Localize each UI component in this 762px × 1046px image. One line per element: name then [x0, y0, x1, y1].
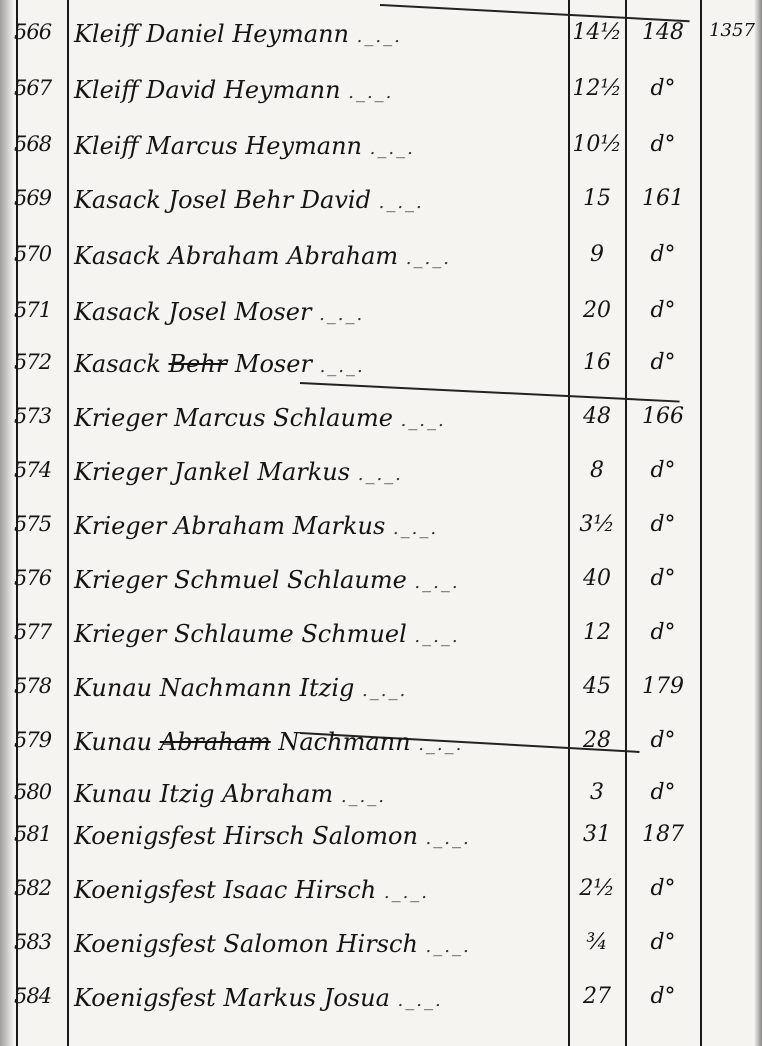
register-entry: 571 Kasack Josel Moser ._._. 20 d°	[0, 298, 762, 346]
entry-age: 10½	[572, 132, 622, 157]
entry-given-names: Abraham Nachmann	[160, 728, 411, 756]
entry-house-number: 161	[630, 186, 696, 211]
entry-age: 9	[572, 242, 622, 267]
entry-filler: ._._.	[384, 882, 429, 903]
register-entry: 580 Kunau Itzig Abraham ._._. 3 d°	[0, 780, 762, 828]
register-entry: 584 Koenigsfest Markus Josua ._._. 27 d°	[0, 984, 762, 1032]
entry-name: Krieger Marcus Schlaume ._._.	[74, 404, 564, 432]
register-entry: 574 Krieger Jankel Markus ._._. 8 d°	[0, 458, 762, 506]
entry-age: 3	[572, 780, 622, 805]
entry-given-names: Itzig Abraham	[160, 780, 333, 808]
entry-number: 578	[14, 674, 66, 698]
entry-house-number: d°	[630, 76, 696, 101]
entry-filler: ._._.	[320, 356, 365, 377]
entry-filler: ._._.	[418, 734, 463, 755]
register-entry: 576 Krieger Schmuel Schlaume ._._. 40 d°	[0, 566, 762, 614]
entry-surname: Koenigsfest	[74, 822, 216, 850]
entry-number: 574	[14, 458, 66, 482]
entry-name: Koenigsfest Markus Josua ._._.	[74, 984, 564, 1012]
entry-surname: Kasack	[74, 242, 161, 270]
register-entry: 583 Koenigsfest Salomon Hirsch ._._. ¾ d…	[0, 930, 762, 978]
register-entry: 566 Kleiff Daniel Heymann ._._. 14½ 148 …	[0, 20, 762, 68]
register-entry: 577 Krieger Schlaume Schmuel ._._. 12 d°	[0, 620, 762, 668]
register-entry: 579 Kunau Abraham Nachmann ._._. 28 d°	[0, 728, 762, 776]
entry-name: Krieger Abraham Markus ._._.	[74, 512, 564, 540]
entry-surname: Koenigsfest	[74, 876, 216, 904]
entry-house-number: 148	[630, 20, 696, 45]
entry-given-names: Abraham Markus	[174, 512, 385, 540]
register-entry: 570 Kasack Abraham Abraham ._._. 9 d°	[0, 242, 762, 290]
entry-age: 16	[572, 350, 622, 375]
entry-given-names: Josel Behr David	[169, 186, 371, 214]
entry-filler: ._._.	[398, 990, 443, 1011]
entry-number: 571	[14, 298, 66, 322]
entry-house-number: d°	[630, 458, 696, 483]
entry-filler: ._._.	[379, 192, 424, 213]
entry-filler: ._._.	[341, 786, 386, 807]
entry-given-names: Isaac Hirsch	[223, 876, 376, 904]
entry-house-number: d°	[630, 566, 696, 591]
entry-house-number: d°	[630, 930, 696, 955]
entry-name: Kasack Josel Behr David ._._.	[74, 186, 564, 214]
entry-age: 31	[572, 822, 622, 847]
entry-number: 583	[14, 930, 66, 954]
entry-name: Koenigsfest Salomon Hirsch ._._.	[74, 930, 564, 958]
entry-number: 568	[14, 132, 66, 156]
entry-house-number: d°	[630, 780, 696, 805]
entry-name: Kasack Josel Moser ._._.	[74, 298, 564, 326]
entry-filler: ._._.	[348, 82, 393, 103]
entry-name: Kleiff David Heymann ._._.	[74, 76, 564, 104]
entry-age: 14½	[572, 20, 622, 45]
entry-name: Krieger Schmuel Schlaume ._._.	[74, 566, 564, 594]
entry-age: 2½	[572, 876, 622, 901]
entry-surname: Koenigsfest	[74, 930, 216, 958]
entry-given-names: Behr Moser	[169, 350, 312, 378]
entry-surname: Kleiff	[74, 132, 139, 160]
entry-surname: Kleiff	[74, 76, 139, 104]
entry-number: 581	[14, 822, 66, 846]
entry-filler: ._._.	[370, 138, 415, 159]
entry-given-names: Nachmann Itzig	[160, 674, 355, 702]
entry-name: Kleiff Marcus Heymann ._._.	[74, 132, 564, 160]
entry-house-number: 187	[630, 822, 696, 847]
entry-given-names: Markus Josua	[223, 984, 389, 1012]
entry-given-names: Marcus Heymann	[146, 132, 362, 160]
entry-number: 580	[14, 780, 66, 804]
entry-house-number: d°	[630, 512, 696, 537]
entry-age: ¾	[572, 930, 622, 955]
entry-house-number: d°	[630, 876, 696, 901]
entry-surname: Kunau	[74, 780, 152, 808]
entry-filler: ._._.	[406, 248, 451, 269]
entry-surname: Kasack	[74, 186, 161, 214]
entry-age: 48	[572, 404, 622, 429]
register-entry: 567 Kleiff David Heymann ._._. 12½ d°	[0, 76, 762, 124]
entry-given-names: Daniel Heymann	[146, 20, 349, 48]
entry-number: 569	[14, 186, 66, 210]
entry-extra: 1357	[704, 20, 760, 41]
entry-filler: ._._.	[358, 464, 403, 485]
entry-name: Kleiff Daniel Heymann ._._.	[74, 20, 564, 48]
entry-surname: Krieger	[74, 566, 166, 594]
register-entry: 581 Koenigsfest Hirsch Salomon ._._. 31 …	[0, 822, 762, 870]
entry-house-number: d°	[630, 620, 696, 645]
entry-age: 28	[572, 728, 622, 753]
entry-name: Krieger Schlaume Schmuel ._._.	[74, 620, 564, 648]
entry-surname: Krieger	[74, 512, 166, 540]
entry-name: Kunau Abraham Nachmann ._._.	[74, 728, 564, 756]
entry-house-number: d°	[630, 984, 696, 1009]
entry-name: Kunau Itzig Abraham ._._.	[74, 780, 564, 808]
entry-number: 567	[14, 76, 66, 100]
entry-number: 584	[14, 984, 66, 1008]
entry-age: 40	[572, 566, 622, 591]
entry-filler: ._._.	[426, 828, 471, 849]
entry-age: 15	[572, 186, 622, 211]
entry-name: Koenigsfest Hirsch Salomon ._._.	[74, 822, 564, 850]
entry-filler: ._._.	[401, 410, 446, 431]
entry-age: 45	[572, 674, 622, 699]
struck-word: Behr	[169, 350, 228, 378]
entry-given-names: Schmuel Schlaume	[174, 566, 407, 594]
entry-name: Kunau Nachmann Itzig ._._.	[74, 674, 564, 702]
register-entry: 578 Kunau Nachmann Itzig ._._. 45 179	[0, 674, 762, 722]
entry-number: 566	[14, 20, 66, 44]
entry-filler: ._._.	[414, 626, 459, 647]
entry-surname: Kunau	[74, 674, 152, 702]
register-entry: 582 Koenigsfest Isaac Hirsch ._._. 2½ d°	[0, 876, 762, 924]
entry-filler: ._._.	[362, 680, 407, 701]
entry-age: 3½	[572, 512, 622, 537]
entry-surname: Kasack	[74, 298, 161, 326]
entry-given-names: Salomon Hirsch	[223, 930, 417, 958]
entry-surname: Krieger	[74, 458, 166, 486]
entry-name: Krieger Jankel Markus ._._.	[74, 458, 564, 486]
entry-age: 8	[572, 458, 622, 483]
entry-age: 12	[572, 620, 622, 645]
entry-number: 573	[14, 404, 66, 428]
entry-house-number: 179	[630, 674, 696, 699]
struck-word: Abraham	[160, 728, 271, 756]
entry-given-names: Josel Moser	[169, 298, 312, 326]
register-entry: 568 Kleiff Marcus Heymann ._._. 10½ d°	[0, 132, 762, 180]
entry-name: Koenigsfest Isaac Hirsch ._._.	[74, 876, 564, 904]
register-page: 566 Kleiff Daniel Heymann ._._. 14½ 148 …	[0, 0, 762, 1046]
entry-number: 577	[14, 620, 66, 644]
entry-number: 570	[14, 242, 66, 266]
register-entry: 569 Kasack Josel Behr David ._._. 15 161	[0, 186, 762, 234]
register-entry: 575 Krieger Abraham Markus ._._. 3½ d°	[0, 512, 762, 560]
entry-surname: Kleiff	[74, 20, 139, 48]
entry-surname: Krieger	[74, 404, 166, 432]
entry-house-number: d°	[630, 350, 696, 375]
entry-age: 27	[572, 984, 622, 1009]
entry-given-names: David Heymann	[146, 76, 340, 104]
entry-house-number: 166	[630, 404, 696, 429]
entry-filler: ._._.	[414, 572, 459, 593]
entry-filler: ._._.	[426, 936, 471, 957]
entry-surname: Koenigsfest	[74, 984, 216, 1012]
register-entry: 573 Krieger Marcus Schlaume ._._. 48 166	[0, 404, 762, 452]
entry-house-number: d°	[630, 728, 696, 753]
entry-number: 572	[14, 350, 66, 374]
entry-filler: ._._.	[319, 304, 364, 325]
entry-surname: Kasack	[74, 350, 161, 378]
entry-surname: Kunau	[74, 728, 152, 756]
entry-given-names: Abraham Abraham	[169, 242, 399, 270]
entry-number: 575	[14, 512, 66, 536]
entry-filler: ._._.	[357, 26, 402, 47]
entry-name: Kasack Behr Moser ._._.	[74, 350, 564, 378]
entry-filler: ._._.	[393, 518, 438, 539]
entry-house-number: d°	[630, 298, 696, 323]
entry-number: 576	[14, 566, 66, 590]
entry-house-number: d°	[630, 132, 696, 157]
entry-given-names: Hirsch Salomon	[223, 822, 417, 850]
entry-given-names: Marcus Schlaume	[174, 404, 393, 432]
entry-given-names: Schlaume Schmuel	[174, 620, 407, 648]
entry-number: 579	[14, 728, 66, 752]
entry-number: 582	[14, 876, 66, 900]
register-entry: 572 Kasack Behr Moser ._._. 16 d°	[0, 350, 762, 398]
entry-given-names: Jankel Markus	[174, 458, 350, 486]
entry-name: Kasack Abraham Abraham ._._.	[74, 242, 564, 270]
entry-surname: Krieger	[74, 620, 166, 648]
entry-age: 12½	[572, 76, 622, 101]
entry-house-number: d°	[630, 242, 696, 267]
entry-age: 20	[572, 298, 622, 323]
